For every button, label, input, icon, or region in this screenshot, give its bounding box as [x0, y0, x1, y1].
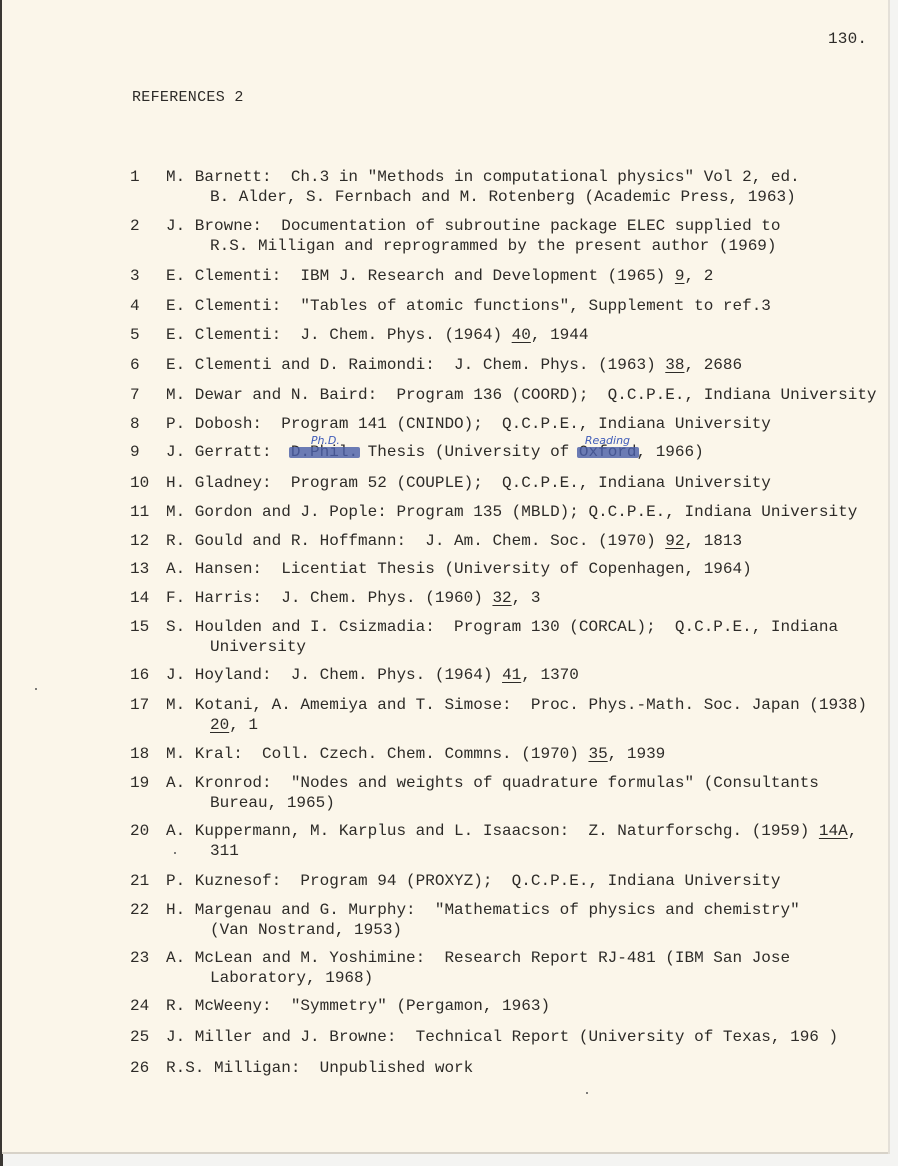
reference-text: A. Hansen: Licentiat Thesis (University …	[166, 559, 752, 579]
reference-text: J. Hoyland: J. Chem. Phys. (1964) 41, 13…	[166, 665, 579, 685]
reference-number: 20	[130, 821, 160, 841]
volume-number: 9	[675, 267, 685, 285]
reference-text: M. Barnett: Ch.3 in "Methods in computat…	[166, 167, 800, 187]
reference-text: A. Kronrod: "Nodes and weights of quadra…	[166, 773, 819, 793]
reference-text: A. Kuppermann, M. Karplus and L. Isaacso…	[166, 821, 857, 841]
reference-number: 14	[130, 588, 160, 608]
reference-continuation: R.S. Milligan and reprogrammed by the pr…	[210, 236, 777, 256]
reference-number: 25	[130, 1027, 160, 1047]
paper-speck	[35, 688, 37, 690]
reference-number: 16	[130, 665, 160, 685]
reference-text: E. Clementi: IBM J. Research and Develop…	[166, 266, 713, 286]
reference-text: J. Gerratt: D.Phil.Ph.D. Thesis (Univers…	[166, 442, 704, 462]
volume-number: 32	[492, 589, 511, 607]
reference-continuation: Bureau, 1965)	[210, 793, 335, 813]
volume-number: 35	[588, 745, 607, 763]
reference-number: 21	[130, 871, 160, 891]
handwritten-annotation: Reading	[585, 431, 630, 451]
reference-continuation: 311	[210, 841, 239, 861]
reference-continuation: 20, 1	[210, 715, 258, 735]
reference-text: P. Kuznesof: Program 94 (PROXYZ); Q.C.P.…	[166, 871, 781, 891]
reference-text: S. Houlden and I. Csizmadia: Program 130…	[166, 617, 838, 637]
reference-text: E. Clementi: "Tables of atomic functions…	[166, 296, 771, 316]
reference-number: 11	[130, 502, 160, 522]
volume-number: 41	[502, 666, 521, 684]
reference-number: 13	[130, 559, 160, 579]
paper-speck	[586, 1092, 588, 1094]
reference-continuation: B. Alder, S. Fernbach and M. Rotenberg (…	[210, 187, 796, 207]
reference-number: 15	[130, 617, 160, 637]
reference-text: R.S. Milligan: Unpublished work	[166, 1058, 473, 1078]
reference-number: 3	[130, 266, 160, 286]
reference-continuation: (Van Nostrand, 1953)	[210, 920, 402, 940]
document-page: 130. REFERENCES 2 1 M. Barnett: Ch.3 in …	[2, 0, 888, 1152]
reference-text: H. Gladney: Program 52 (COUPLE); Q.C.P.E…	[166, 473, 771, 493]
reference-number: 5	[130, 325, 160, 345]
volume-number: 40	[512, 326, 531, 344]
reference-number: 1	[130, 167, 160, 187]
reference-text: F. Harris: J. Chem. Phys. (1960) 32, 3	[166, 588, 540, 608]
reference-number: 8	[130, 414, 160, 434]
reference-text: E. Clementi and D. Raimondi: J. Chem. Ph…	[166, 355, 742, 375]
page-number: 130.	[828, 30, 867, 48]
reference-number: 24	[130, 996, 160, 1016]
reference-text: A. McLean and M. Yoshimine: Research Rep…	[166, 948, 790, 968]
reference-number: 10	[130, 473, 160, 493]
reference-text: M. Dewar and N. Baird: Program 136 (COOR…	[166, 385, 877, 405]
reference-number: 19	[130, 773, 160, 793]
reference-number: 4	[130, 296, 160, 316]
reference-text: E. Clementi: J. Chem. Phys. (1964) 40, 1…	[166, 325, 588, 345]
reference-text: M. Gordon and J. Pople: Program 135 (MBL…	[166, 502, 857, 522]
reference-number: 18	[130, 744, 160, 764]
reference-item: 26 R.S. Milligan: Unpublished work	[130, 1058, 168, 1138]
reference-number: 22	[130, 900, 160, 920]
reference-text: R. McWeeny: "Symmetry" (Pergamon, 1963)	[166, 996, 550, 1016]
volume-number: 20	[210, 716, 229, 734]
volume-number: 92	[665, 532, 684, 550]
page-right-edge	[888, 0, 890, 1154]
paper-speck	[174, 852, 176, 854]
reference-text: H. Margenau and G. Murphy: "Mathematics …	[166, 900, 800, 920]
reference-text: J. Miller and J. Browne: Technical Repor…	[166, 1027, 838, 1047]
reference-number: 23	[130, 948, 160, 968]
reference-number: 26	[130, 1058, 160, 1078]
reference-text: P. Dobosh: Program 141 (CNINDO); Q.C.P.E…	[166, 414, 771, 434]
reference-text: R. Gould and R. Hoffmann: J. Am. Chem. S…	[166, 531, 742, 551]
reference-number: 6	[130, 355, 160, 375]
reference-number: 9	[130, 442, 160, 462]
page-bottom-edge	[2, 1152, 890, 1154]
volume-number: 38	[665, 356, 684, 374]
reference-text: M. Kral: Coll. Czech. Chem. Commns. (197…	[166, 744, 665, 764]
reference-continuation: University	[210, 637, 306, 657]
reference-text: M. Kotani, A. Amemiya and T. Simose: Pro…	[166, 695, 867, 715]
reference-continuation: Laboratory, 1968)	[210, 968, 373, 988]
volume-number: 14A	[819, 822, 848, 840]
reference-number: 2	[130, 216, 160, 236]
handwritten-annotation: Ph.D.	[311, 431, 340, 451]
reference-number: 17	[130, 695, 160, 715]
reference-text: J. Browne: Documentation of subroutine p…	[166, 216, 781, 236]
page-heading: REFERENCES 2	[132, 89, 244, 106]
reference-number: 12	[130, 531, 160, 551]
reference-number: 7	[130, 385, 160, 405]
